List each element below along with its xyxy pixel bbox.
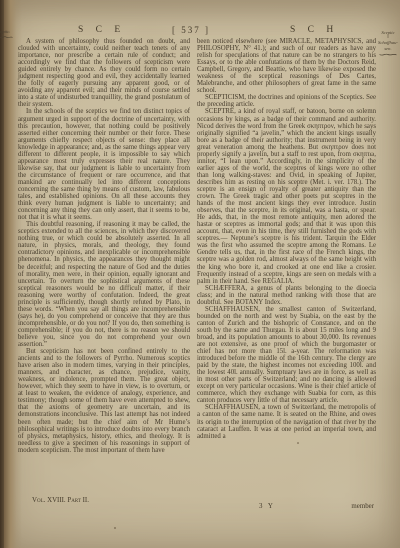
volume-footer: Vol. XVIII. Part II. bbox=[32, 497, 89, 504]
running-header-right: S C H bbox=[290, 25, 338, 35]
signature-mark: 3 Y bbox=[259, 503, 275, 510]
paper-speck bbox=[114, 527, 116, 529]
running-header-left: S C E bbox=[78, 25, 125, 35]
paragraph: been noticed elsewhere (see MIRACLE, MET… bbox=[197, 38, 376, 94]
paragraph: A system of philosophy thus founded on d… bbox=[18, 38, 190, 108]
flourish-mark bbox=[0, 35, 13, 39]
paragraph: In the schools of the sceptics we find t… bbox=[18, 108, 190, 221]
margin-note-article-start: Sceptic bbox=[381, 30, 394, 35]
paragraph: SCHAFFHAUSEN, a town of Switzerland, the… bbox=[197, 404, 376, 439]
running-header: S C E [ 537 ] S C H bbox=[0, 25, 400, 37]
left-column: A system of philosophy thus founded on d… bbox=[18, 38, 190, 454]
paragraph: SCEPTICISM, the doctrines and opinions o… bbox=[197, 94, 376, 108]
margin-note-right: Sceptic ‖ Schaffhau- sen. bbox=[377, 30, 399, 57]
paragraph: SCHÆFFERA, a genus of plants belonging t… bbox=[197, 285, 376, 306]
book-page: S C E [ 537 ] S C H Sceptic. A system of… bbox=[0, 0, 400, 548]
paragraph: This doubtful reasoning, if reasoning it… bbox=[18, 221, 190, 348]
margin-note-left: Sceptic. bbox=[0, 29, 16, 39]
right-column: been noticed elsewhere (see MIRACLE, MET… bbox=[197, 38, 376, 440]
paragraph: SCHAFFHAUSEN, the smallest canton of Swi… bbox=[197, 306, 376, 405]
paragraph: But scepticism has not been confined ent… bbox=[18, 348, 190, 454]
margin-note-left-label: Sceptic. bbox=[0, 29, 10, 34]
signature-row: 3 Y member bbox=[197, 503, 376, 512]
book-spine-edge bbox=[0, 0, 4, 548]
paper-speck bbox=[297, 442, 299, 444]
margin-note-article-end-1: Schaffhau- bbox=[378, 40, 398, 45]
page-number: [ 537 ] bbox=[172, 25, 210, 35]
catchword: member bbox=[351, 503, 374, 510]
paper-speck bbox=[239, 57, 241, 59]
flourish-mark bbox=[379, 52, 397, 57]
margin-note-article-end-2: sen. bbox=[384, 46, 391, 51]
paragraph: SCEPTRE, a kind of royal staff, or batoo… bbox=[197, 108, 376, 284]
